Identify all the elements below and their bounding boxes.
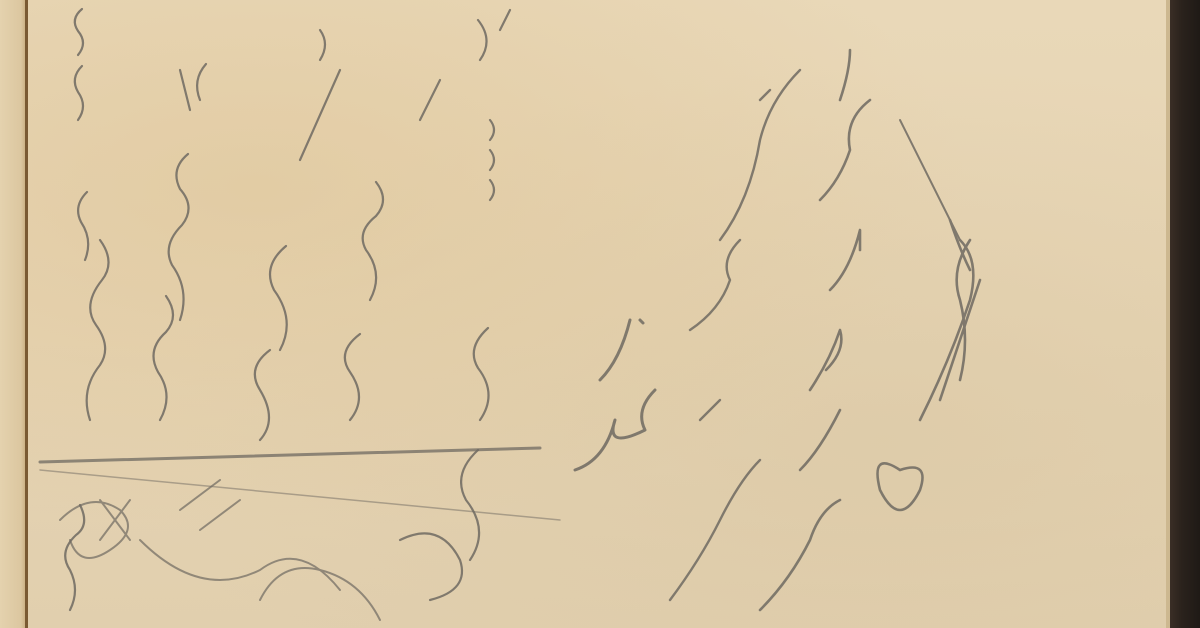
pencil-handwriting	[0, 0, 1200, 628]
